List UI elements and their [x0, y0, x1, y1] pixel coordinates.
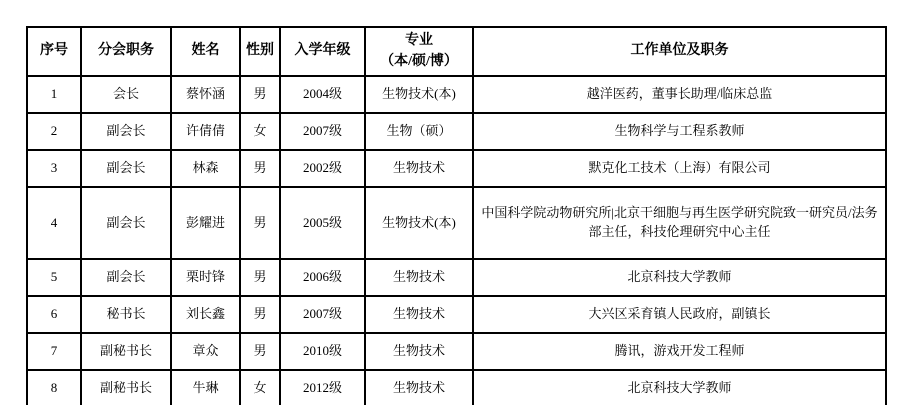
- cell-position: 副秘书长: [81, 370, 171, 405]
- cell-grade: 2007级: [280, 113, 365, 150]
- cell-grade: 2006级: [280, 259, 365, 296]
- table-row: 4 副会长 彭耀进 男 2005级 生物技术(本) 中国科学院动物研究所|北京干…: [27, 187, 886, 259]
- table-header: 序号 分会职务 姓名 性别 入学年级 专业 （本/硕/博） 工作单位及职务: [27, 27, 886, 76]
- cell-major: 生物技术: [365, 333, 473, 370]
- header-cell-grade: 入学年级: [280, 27, 365, 76]
- cell-name: 彭耀进: [171, 187, 240, 259]
- cell-major: 生物（硕）: [365, 113, 473, 150]
- cell-name: 蔡怀涵: [171, 76, 240, 113]
- table-row: 2 副会长 许倩倩 女 2007级 生物（硕） 生物科学与工程系教师: [27, 113, 886, 150]
- cell-position: 副会长: [81, 187, 171, 259]
- cell-index: 7: [27, 333, 81, 370]
- header-cell-gender: 性别: [240, 27, 280, 76]
- header-cell-work: 工作单位及职务: [473, 27, 886, 76]
- table-row: 8 副秘书长 牛琳 女 2012级 生物技术 北京科技大学教师: [27, 370, 886, 405]
- cell-major: 生物技术: [365, 296, 473, 333]
- cell-major: 生物技术(本): [365, 187, 473, 259]
- table-body: 1 会长 蔡怀涵 男 2004级 生物技术(本) 越洋医药，董事长助理/临床总监…: [27, 76, 886, 405]
- cell-grade: 2010级: [280, 333, 365, 370]
- header-cell-position: 分会职务: [81, 27, 171, 76]
- cell-grade: 2007级: [280, 296, 365, 333]
- header-cell-index: 序号: [27, 27, 81, 76]
- cell-index: 4: [27, 187, 81, 259]
- table-row: 3 副会长 林森 男 2002级 生物技术 默克化工技术（上海）有限公司: [27, 150, 886, 187]
- cell-index: 3: [27, 150, 81, 187]
- cell-work: 越洋医药，董事长助理/临床总监: [473, 76, 886, 113]
- header-cell-major: 专业 （本/硕/博）: [365, 27, 473, 76]
- cell-work: 北京科技大学教师: [473, 259, 886, 296]
- cell-gender: 女: [240, 113, 280, 150]
- cell-work: 生物科学与工程系教师: [473, 113, 886, 150]
- cell-position: 副会长: [81, 150, 171, 187]
- cell-index: 8: [27, 370, 81, 405]
- cell-work: 默克化工技术（上海）有限公司: [473, 150, 886, 187]
- cell-gender: 男: [240, 333, 280, 370]
- cell-grade: 2005级: [280, 187, 365, 259]
- table-row: 5 副会长 栗时锋 男 2006级 生物技术 北京科技大学教师: [27, 259, 886, 296]
- cell-major: 生物技术: [365, 150, 473, 187]
- cell-work: 中国科学院动物研究所|北京干细胞与再生医学研究院致一研究员/法务部主任，科技伦理…: [473, 187, 886, 259]
- cell-major: 生物技术: [365, 370, 473, 405]
- cell-work: 大兴区采育镇人民政府，副镇长: [473, 296, 886, 333]
- cell-position: 会长: [81, 76, 171, 113]
- cell-grade: 2002级: [280, 150, 365, 187]
- table-row: 6 秘书长 刘长鑫 男 2007级 生物技术 大兴区采育镇人民政府，副镇长: [27, 296, 886, 333]
- cell-name: 章众: [171, 333, 240, 370]
- cell-name: 栗时锋: [171, 259, 240, 296]
- alumni-roster-table: 序号 分会职务 姓名 性别 入学年级 专业 （本/硕/博） 工作单位及职务 1 …: [26, 26, 887, 405]
- cell-position: 副会长: [81, 259, 171, 296]
- cell-name: 林森: [171, 150, 240, 187]
- cell-index: 5: [27, 259, 81, 296]
- cell-index: 2: [27, 113, 81, 150]
- cell-index: 1: [27, 76, 81, 113]
- major-header-line1: 专业: [369, 31, 469, 51]
- cell-work: 腾讯，游戏开发工程师: [473, 333, 886, 370]
- cell-position: 副秘书长: [81, 333, 171, 370]
- cell-gender: 女: [240, 370, 280, 405]
- header-row: 序号 分会职务 姓名 性别 入学年级 专业 （本/硕/博） 工作单位及职务: [27, 27, 886, 76]
- cell-gender: 男: [240, 187, 280, 259]
- cell-position: 秘书长: [81, 296, 171, 333]
- cell-major: 生物技术: [365, 259, 473, 296]
- cell-gender: 男: [240, 259, 280, 296]
- table-row: 1 会长 蔡怀涵 男 2004级 生物技术(本) 越洋医药，董事长助理/临床总监: [27, 76, 886, 113]
- cell-work: 北京科技大学教师: [473, 370, 886, 405]
- cell-position: 副会长: [81, 113, 171, 150]
- cell-grade: 2004级: [280, 76, 365, 113]
- cell-name: 牛琳: [171, 370, 240, 405]
- cell-grade: 2012级: [280, 370, 365, 405]
- table-row: 7 副秘书长 章众 男 2010级 生物技术 腾讯，游戏开发工程师: [27, 333, 886, 370]
- cell-major: 生物技术(本): [365, 76, 473, 113]
- cell-index: 6: [27, 296, 81, 333]
- major-header-line2: （本/硕/博）: [369, 52, 469, 72]
- cell-gender: 男: [240, 76, 280, 113]
- cell-name: 许倩倩: [171, 113, 240, 150]
- document-page: 序号 分会职务 姓名 性别 入学年级 专业 （本/硕/博） 工作单位及职务 1 …: [0, 0, 908, 405]
- cell-gender: 男: [240, 296, 280, 333]
- cell-name: 刘长鑫: [171, 296, 240, 333]
- header-cell-name: 姓名: [171, 27, 240, 76]
- cell-gender: 男: [240, 150, 280, 187]
